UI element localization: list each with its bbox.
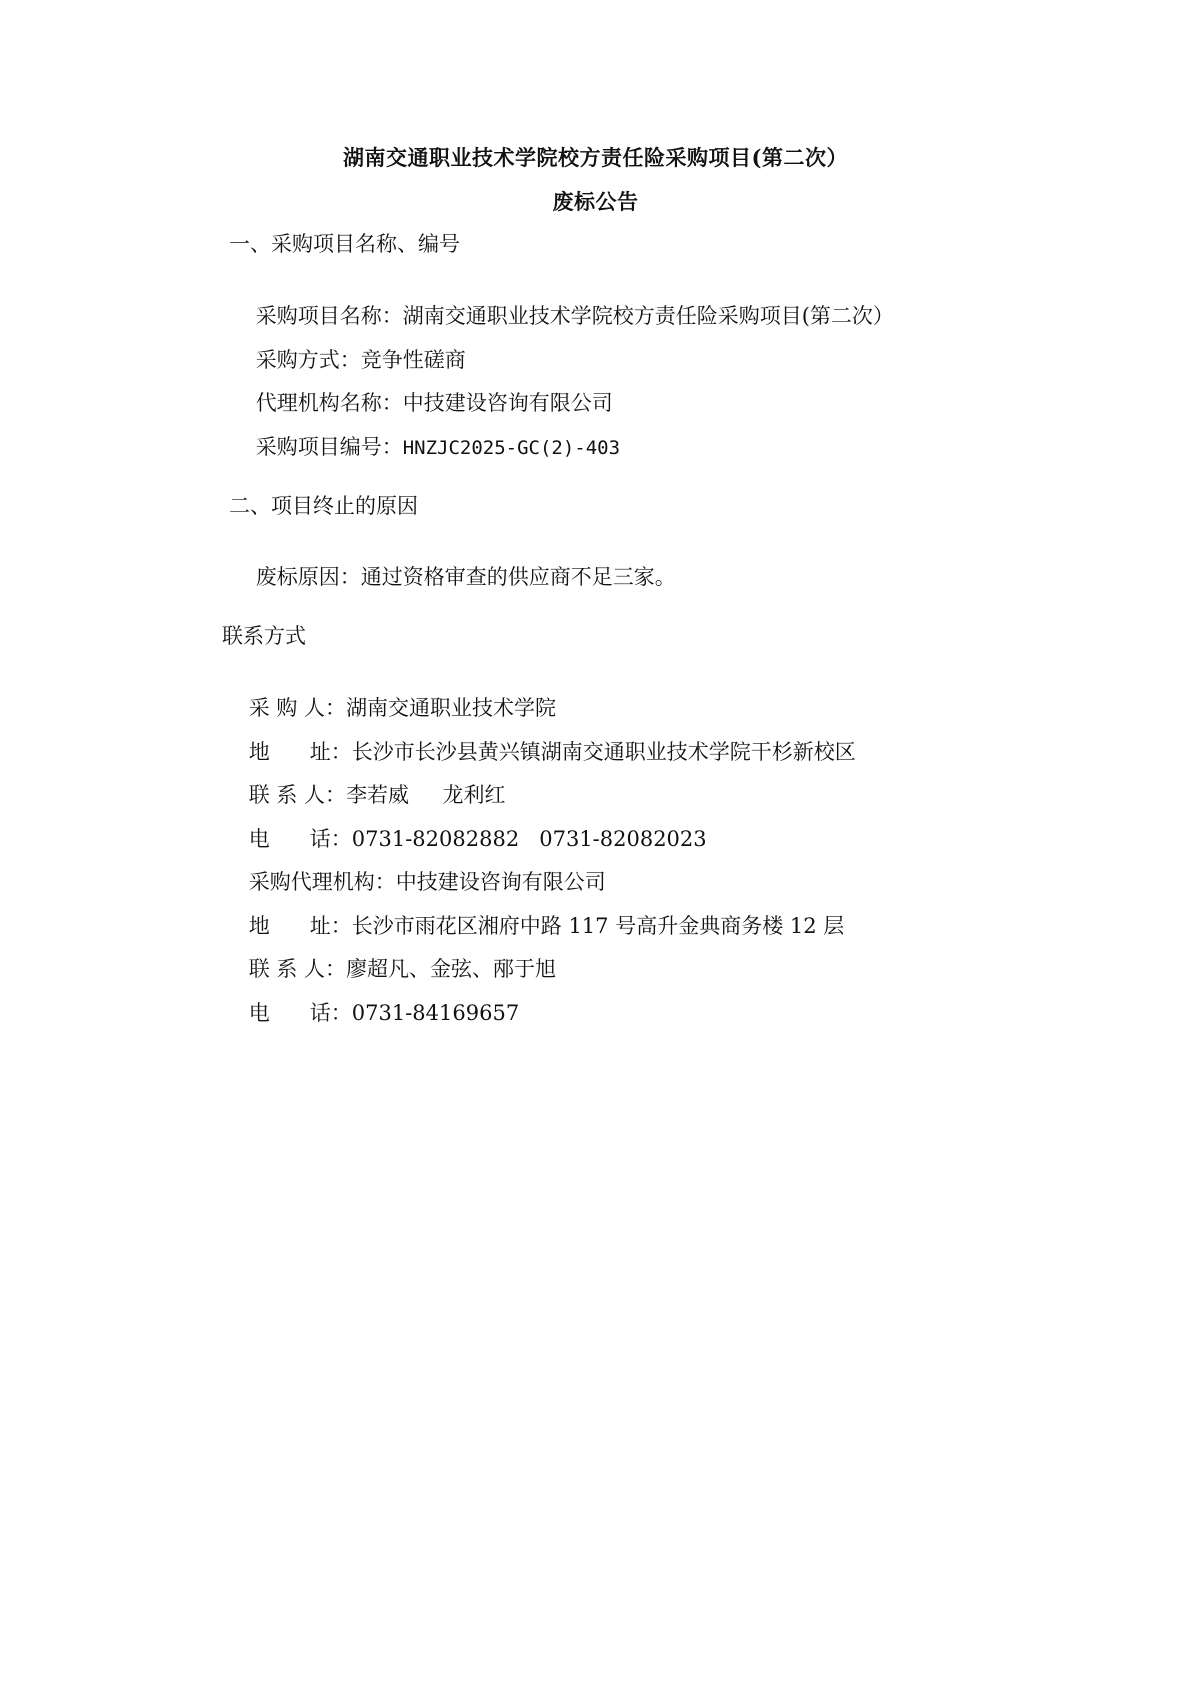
project-number-value: HNZJC2025-GC(2)-403 — [403, 437, 620, 459]
reason-label: 废标原因： — [256, 565, 361, 589]
reason-value: 通过资格审查的供应商不足三家。 — [361, 565, 676, 589]
reason-row: 废标原因：通过资格审查的供应商不足三家。 — [229, 535, 676, 619]
agency-phone-label: 电 话： — [249, 1001, 352, 1025]
section1-heading: 一、采购项目名称、编号 — [229, 230, 460, 258]
document-title: 湖南交通职业技术学院校方责任险采购项目(第二次） — [0, 142, 1191, 172]
document-subtitle: 废标公告 — [0, 186, 1191, 216]
project-number-row: 采购项目编号：HNZJC2025-GC(2)-403 — [229, 405, 620, 490]
project-number-label: 采购项目编号： — [256, 435, 403, 459]
section2-heading: 二、项目终止的原因 — [229, 492, 418, 520]
agency-phone-row: 电 话：0731-84169657 — [222, 971, 519, 1055]
document-page: 湖南交通职业技术学院校方责任险采购项目(第二次） 废标公告 一、采购项目名称、编… — [0, 0, 1191, 1684]
project-name-value: 湖南交通职业技术学院校方责任险采购项目(第二次） — [403, 304, 894, 328]
agency-phone-value: 0731-84169657 — [352, 1001, 519, 1025]
contact-heading: 联系方式 — [222, 622, 306, 650]
